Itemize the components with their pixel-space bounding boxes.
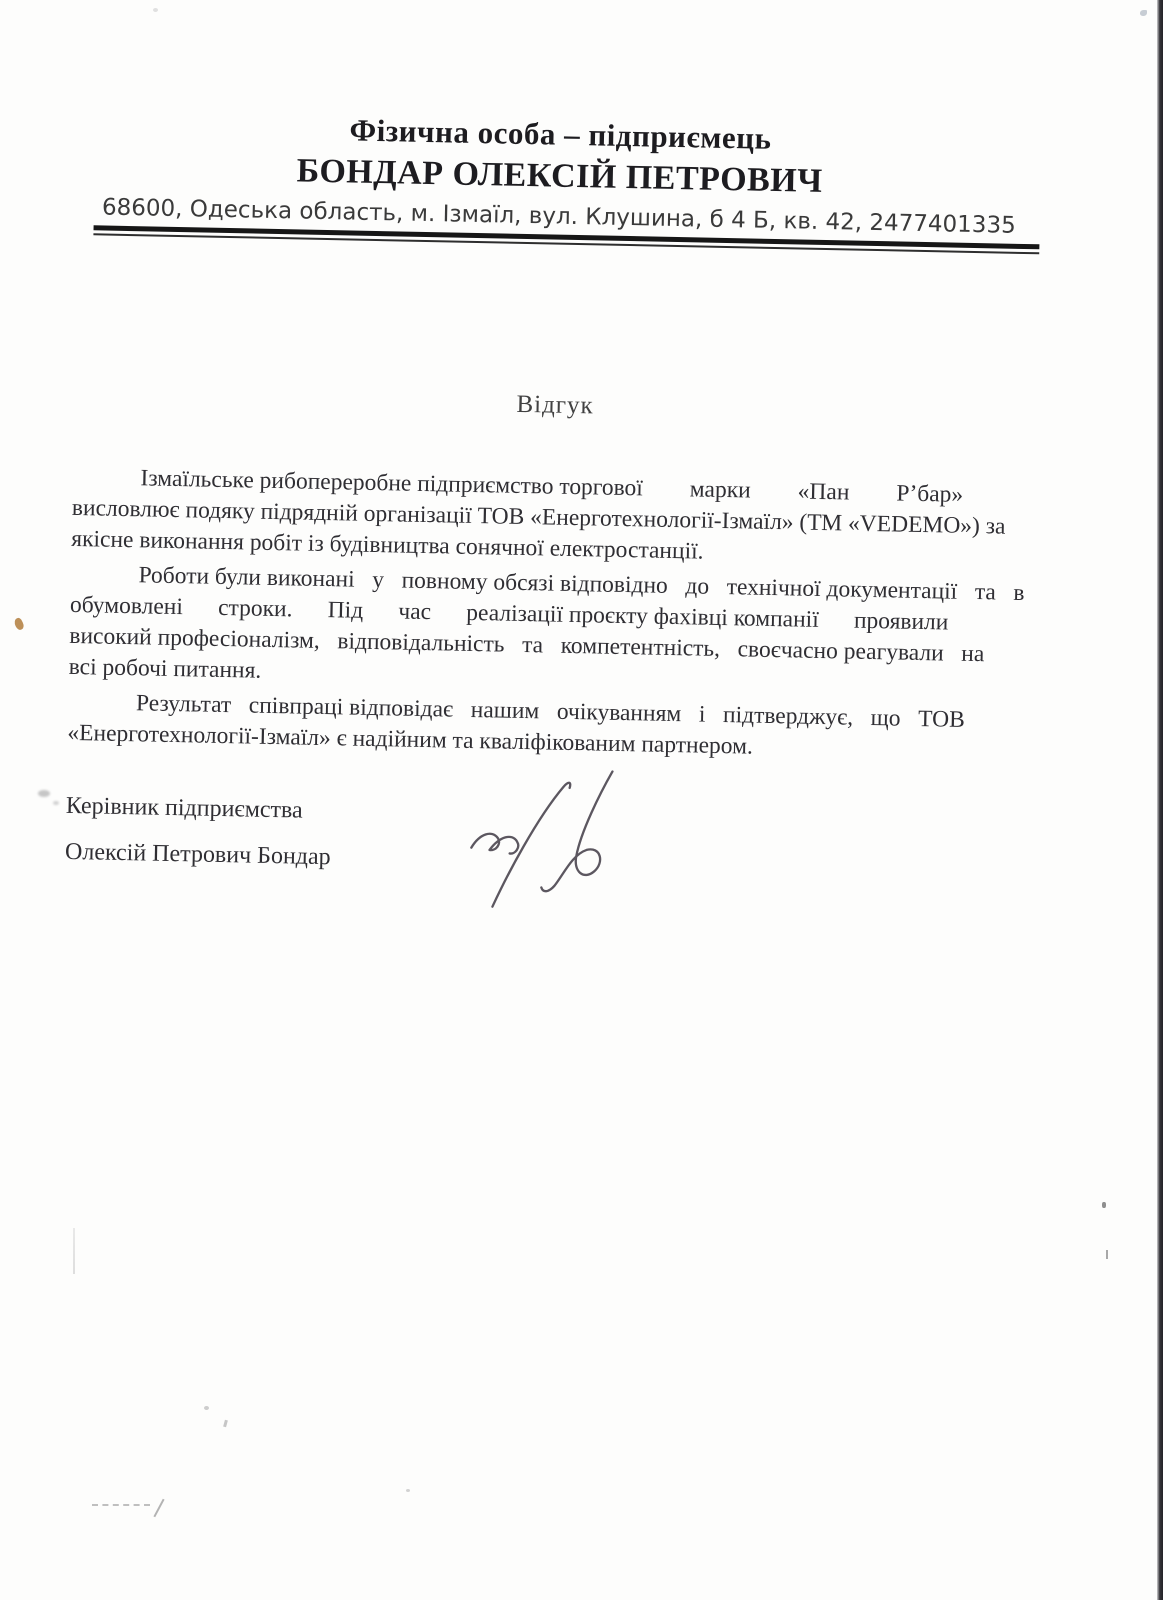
scan-speck <box>153 8 158 12</box>
scan-speck <box>53 801 59 805</box>
scanner-edge-shadow <box>1157 0 1163 1600</box>
scan-speck <box>406 1489 410 1492</box>
document-title: Відгук <box>74 381 1036 430</box>
scan-speck <box>1102 1202 1106 1208</box>
scan-speck <box>38 790 50 797</box>
scan-speck <box>204 1406 209 1410</box>
scan-speck <box>1140 10 1147 16</box>
scan-speck <box>1106 1250 1108 1259</box>
scan-speck <box>73 1228 75 1274</box>
scan-speck <box>153 1499 164 1518</box>
handwritten-signature-mark <box>456 754 641 926</box>
scan-speck <box>92 1504 150 1506</box>
scan-speck <box>223 1420 228 1428</box>
paragraph-2: Роботи були виконані у повному обсязі ві… <box>68 559 1032 702</box>
scan-speck <box>13 617 25 631</box>
paragraph-1: Ізмаїльське рибопереробне підприємство т… <box>71 462 1035 574</box>
letter-content: Фізична особа – підприємець БОНДАР ОЛЕКС… <box>65 106 1042 886</box>
scanned-letter-page: Фізична особа – підприємець БОНДАР ОЛЕКС… <box>0 0 1163 1600</box>
letter-body: Ізмаїльське рибопереробне підприємство т… <box>67 462 1035 768</box>
